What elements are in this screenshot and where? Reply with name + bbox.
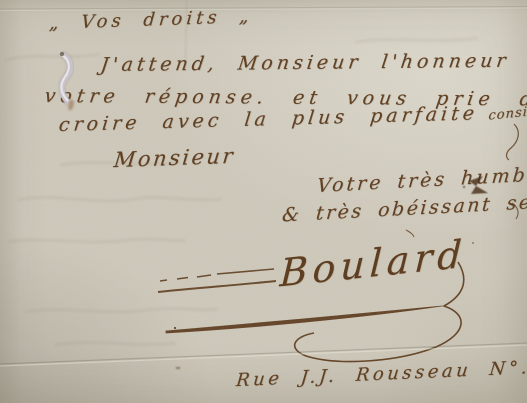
handwritten-letter-scan: „ Vos droits „ J'attend, Monsieur l'honn… bbox=[0, 0, 527, 403]
paper-stain-fleck bbox=[176, 367, 181, 369]
consideration-tail-flourish bbox=[507, 124, 519, 160]
quote-line: „ Vos droits „ bbox=[48, 8, 253, 33]
address-line: Rue J.J. Rousseau N°. 14 bbox=[235, 357, 527, 390]
signature: Boulard bbox=[279, 234, 468, 292]
body-line-3-trailing-word: considération bbox=[488, 100, 527, 123]
body-line-1: J'attend, Monsieur l'honneur de bbox=[100, 51, 527, 75]
fold-line-top bbox=[0, 7, 527, 11]
salutation: Monsieur bbox=[113, 146, 236, 171]
closing-line-1: Votre très humble bbox=[316, 165, 527, 196]
signature-dash-strokes bbox=[158, 269, 276, 292]
